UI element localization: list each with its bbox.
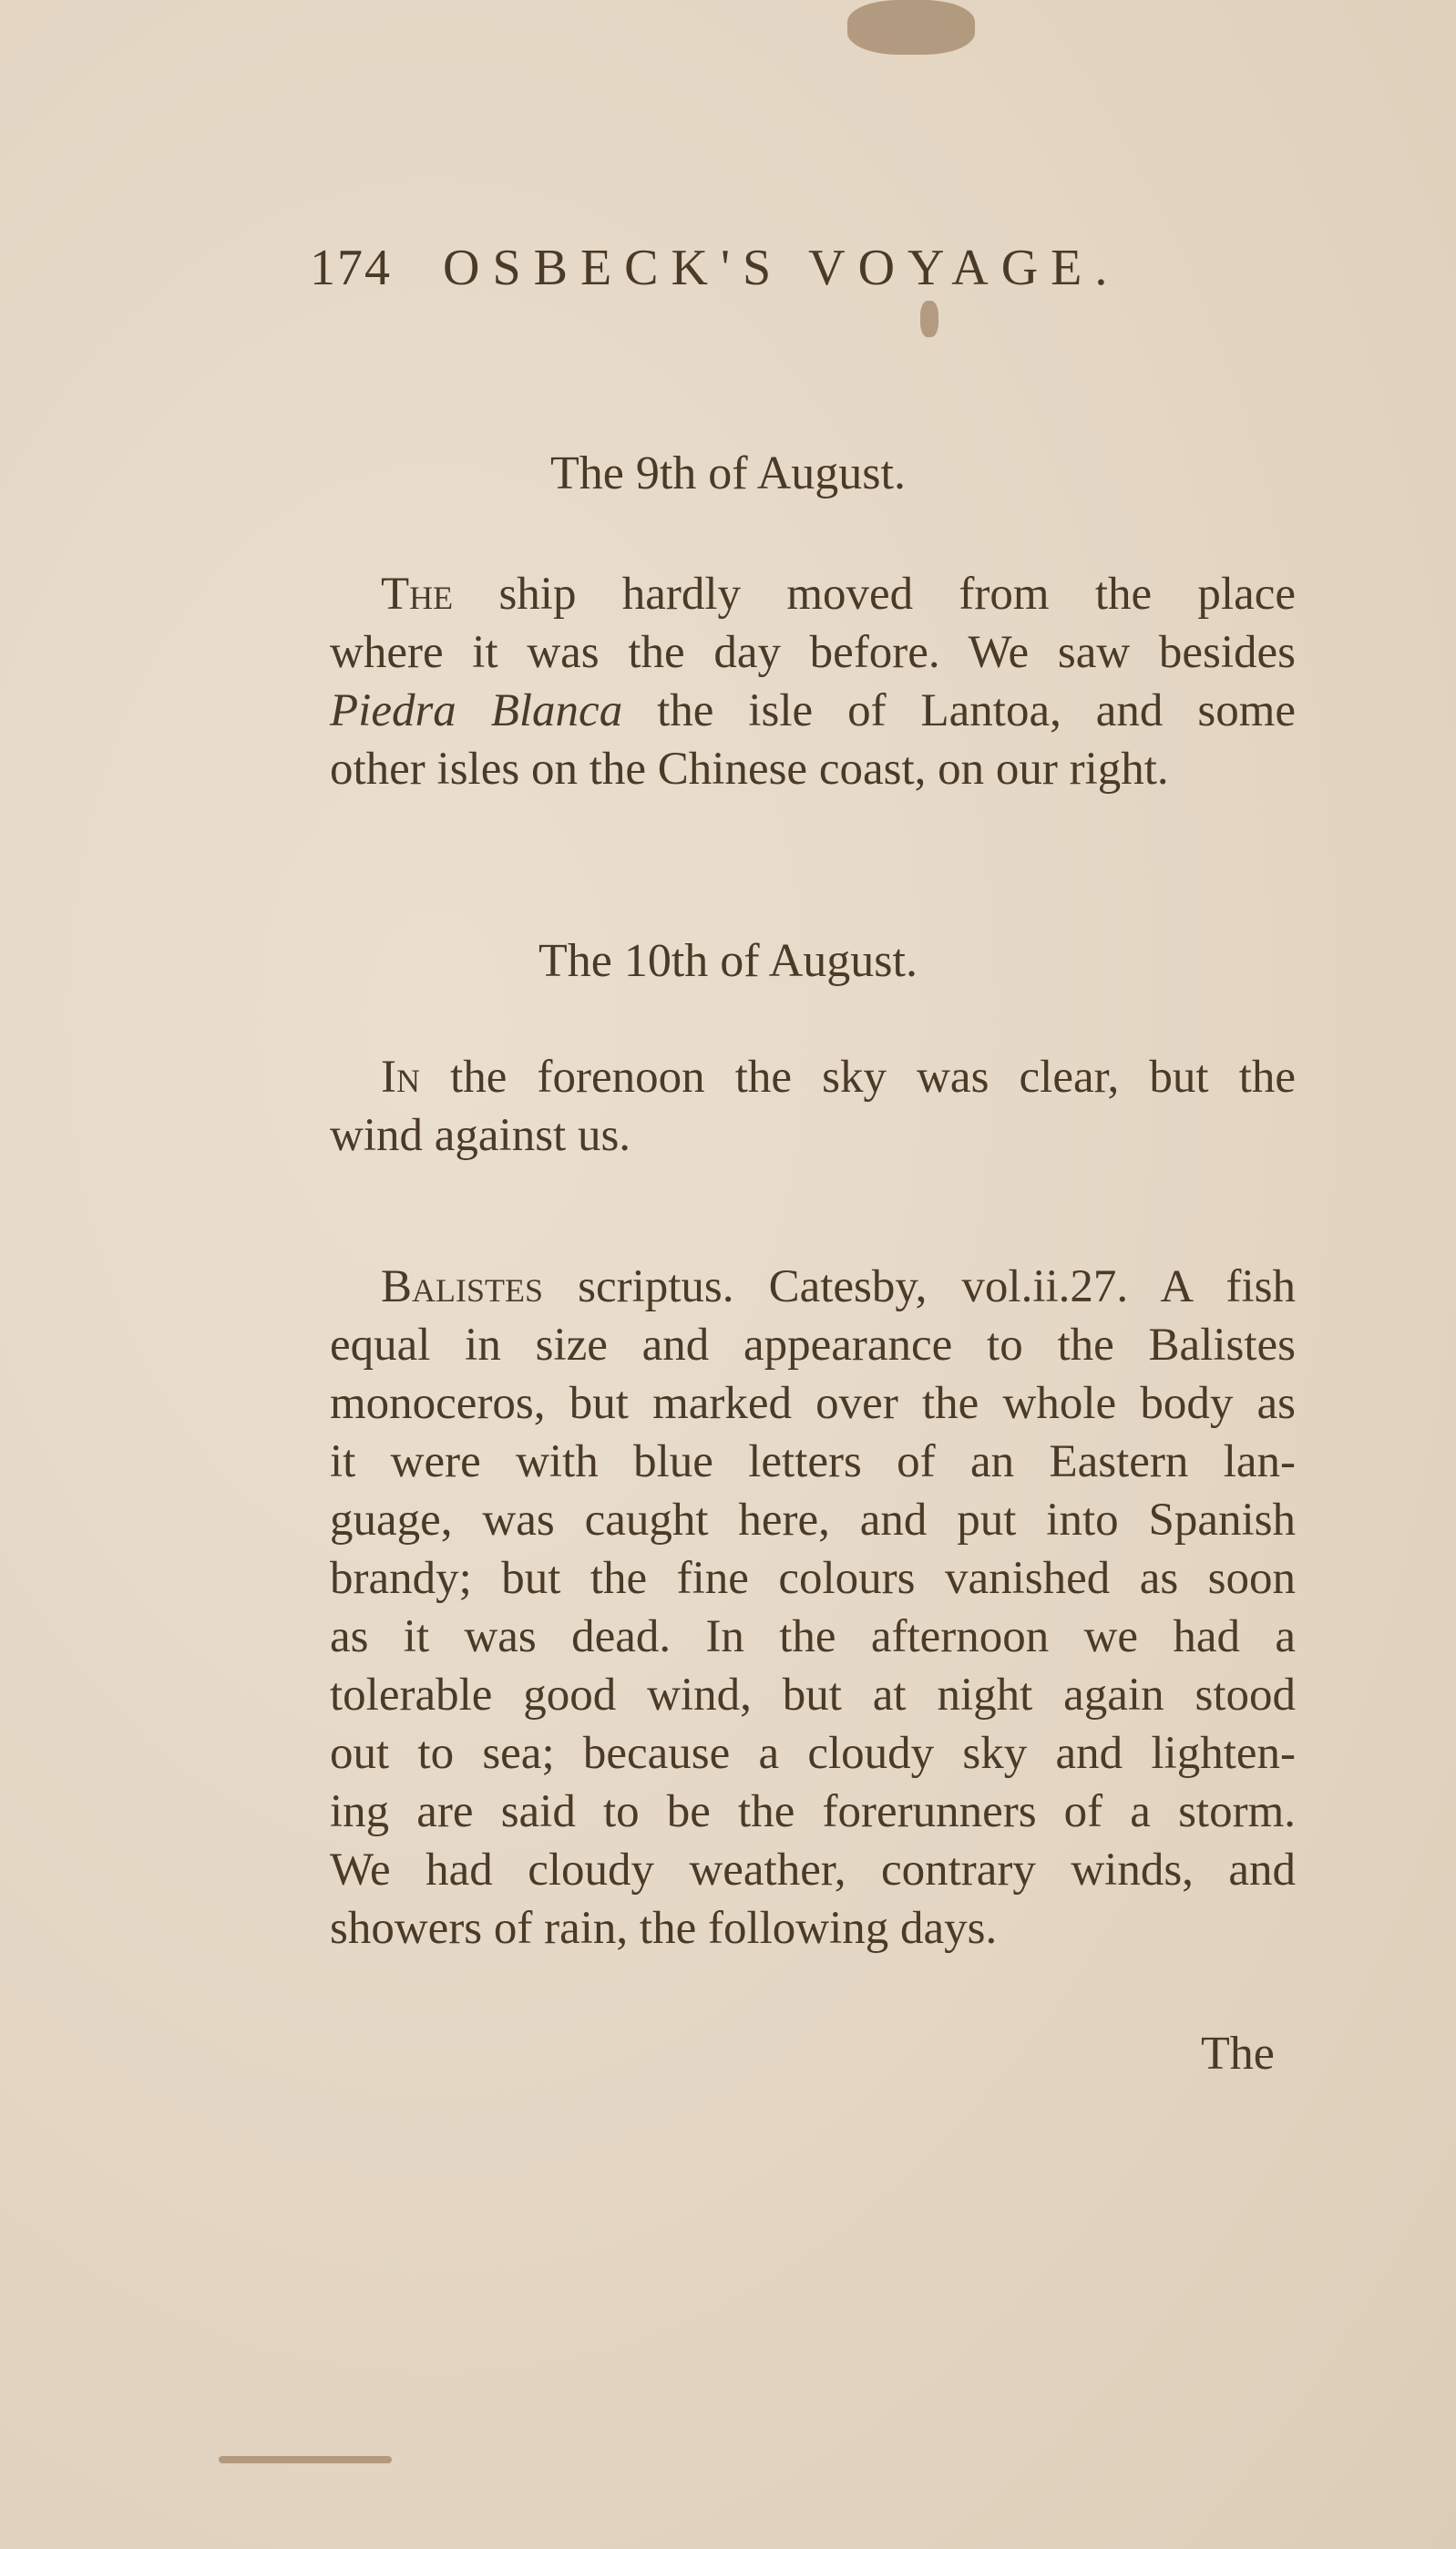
text-line: Balistes scriptus. Catesby, vol.ii.27. A… bbox=[330, 1258, 1296, 1316]
ink-mark-bottom-left bbox=[219, 2456, 392, 2463]
text-line: equal in size and appearance to the Bali… bbox=[330, 1316, 1296, 1374]
text-line: where it was the day before. We saw besi… bbox=[330, 623, 1296, 682]
text-line: tolerable good wind, but at night again … bbox=[330, 1666, 1296, 1724]
running-title: OSBECK'S VOYAGE. bbox=[443, 239, 1120, 297]
text-line: brandy; but the fine colours vanished as… bbox=[330, 1549, 1296, 1608]
text-line: guage, was caught here, and put into Spa… bbox=[330, 1491, 1296, 1549]
text-line: We had cloudy weather, contrary winds, a… bbox=[330, 1841, 1296, 1899]
text-line: showers of rain, the following days. bbox=[330, 1899, 1296, 1958]
text-line: out to sea; because a cloudy sky and lig… bbox=[330, 1724, 1296, 1783]
text-line: monoceros, but marked over the whole bod… bbox=[330, 1374, 1296, 1433]
text-line: it were with blue letters of an Eastern … bbox=[330, 1433, 1296, 1491]
book-page: 174 OSBECK'S VOYAGE. The 9th of August. … bbox=[0, 0, 1456, 2549]
running-header: 174 OSBECK'S VOYAGE. bbox=[310, 239, 1276, 312]
paragraph-9th-august: The ship hardly moved from the place whe… bbox=[330, 565, 1296, 798]
paragraph-10th-august-weather: In the forenoon the sky was clear, but t… bbox=[330, 1048, 1296, 1165]
text-line: other isles on the Chinese coast, on our… bbox=[330, 740, 1296, 798]
text-line: wind against us. bbox=[330, 1106, 1296, 1165]
text-line: as it was dead. In the afternoon we had … bbox=[330, 1608, 1296, 1666]
ink-stain-top bbox=[847, 0, 975, 55]
text-line: ing are said to be the forerunners of a … bbox=[330, 1783, 1296, 1841]
text-line: Piedra Blanca the isle of Lantoa, and so… bbox=[330, 682, 1296, 740]
date-heading-10th-august: The 10th of August. bbox=[0, 934, 1456, 988]
date-heading-9th-august: The 9th of August. bbox=[0, 447, 1456, 500]
catchword: The bbox=[1201, 2027, 1275, 2081]
text-line: The ship hardly moved from the place bbox=[330, 565, 1296, 623]
paragraph-balistes: Balistes scriptus. Catesby, vol.ii.27. A… bbox=[330, 1258, 1296, 1958]
page-number: 174 bbox=[310, 239, 392, 297]
text-line: In the forenoon the sky was clear, but t… bbox=[330, 1048, 1296, 1106]
